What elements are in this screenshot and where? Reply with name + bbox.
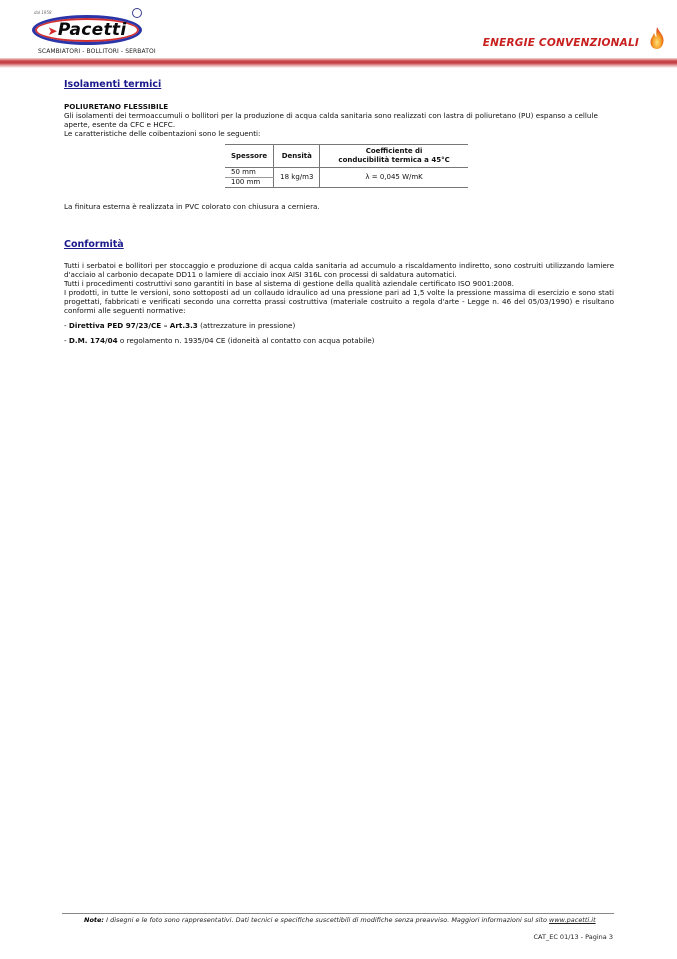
section-title-insulation: Isolamenti termici	[64, 80, 614, 89]
subtitle-polyurethane: POLIURETANO FLESSIBILE	[64, 102, 614, 111]
footer-note-text: I disegni e le foto sono rappresentativi…	[104, 916, 549, 924]
category-title: ENERGIE CONVENZIONALI	[483, 37, 639, 49]
logo-tagline: SCAMBIATORI - BOLLITORI - SERBATOI	[38, 48, 156, 55]
logo-arrow-icon: ➤	[48, 24, 58, 38]
col-header-thickness: Spessore	[225, 145, 274, 168]
conformity-text: Tutti i serbatoi e bollitori per stoccag…	[64, 261, 614, 315]
density-cell: 18 kg/m3	[274, 168, 320, 188]
footer-divider	[62, 913, 614, 914]
conductivity-cell: λ = 0,045 W/mK	[320, 168, 468, 188]
pacetti-logo: dal 1958 ➤Pacetti SCAMBIATORI - BOLLITOR…	[28, 8, 152, 58]
conformity-paragraph: I prodotti, in tutte le versioni, sono s…	[64, 288, 614, 315]
insulation-characteristics-intro: Le caratteristiche delle coibentazioni s…	[64, 129, 614, 138]
conformity-paragraph: Tutti i procedimenti costruttivi sono ga…	[64, 279, 614, 288]
thickness-cell: 100 mm	[225, 178, 274, 188]
norm-title: D.M. 174/04	[69, 336, 118, 345]
logo-brand: ➤Pacetti	[28, 20, 146, 40]
conformity-paragraph: Tutti i serbatoi e bollitori per stoccag…	[64, 261, 614, 279]
norm-detail: (attrezzature in pressione)	[198, 321, 295, 330]
header-divider	[0, 58, 677, 68]
logo-brand-text: Pacetti	[58, 20, 127, 40]
logo-compass-icon	[132, 8, 142, 18]
page-content: Isolamenti termici POLIURETANO FLESSIBIL…	[64, 80, 614, 345]
flame-icon	[649, 26, 665, 50]
insulation-description: Gli isolamenti dei termoaccumuli o bolli…	[64, 111, 614, 129]
table-row: 50 mm 18 kg/m3 λ = 0,045 W/mK	[225, 168, 468, 178]
norm-item: - D.M. 174/04 o regolamento n. 1935/04 C…	[64, 336, 614, 345]
section-title-conformity: Conformità	[64, 240, 614, 249]
col-header-conductivity-line1: Coefficiente di	[366, 147, 423, 155]
footer-note-label: Note:	[84, 916, 104, 924]
norm-title: Direttiva PED 97/23/CE – Art.3.3	[69, 321, 198, 330]
col-header-density: Densità	[274, 145, 320, 168]
col-header-conductivity: Coefficiente di conducibilità termica a …	[320, 145, 468, 168]
thickness-cell: 50 mm	[225, 168, 274, 178]
finish-description: La finitura esterna è realizzata in PVC …	[64, 202, 614, 211]
logo-since: dal 1958	[34, 10, 52, 15]
norm-detail: o regolamento n. 1935/04 CE (idoneità al…	[118, 336, 375, 345]
website-link[interactable]: www.pacetti.it	[549, 916, 596, 924]
norm-item: - Direttiva PED 97/23/CE – Art.3.3 (attr…	[64, 321, 614, 330]
col-header-conductivity-line2: conducibilità termica a 45°C	[338, 156, 449, 164]
insulation-spec-table: Spessore Densità Coefficiente di conduci…	[225, 144, 468, 188]
footer-note: Note: I disegni e le foto sono rappresen…	[84, 916, 596, 924]
page-reference: CAT_EC 01/13 - Pagina 3	[534, 933, 613, 941]
page-header: dal 1958 ➤Pacetti SCAMBIATORI - BOLLITOR…	[0, 0, 677, 70]
